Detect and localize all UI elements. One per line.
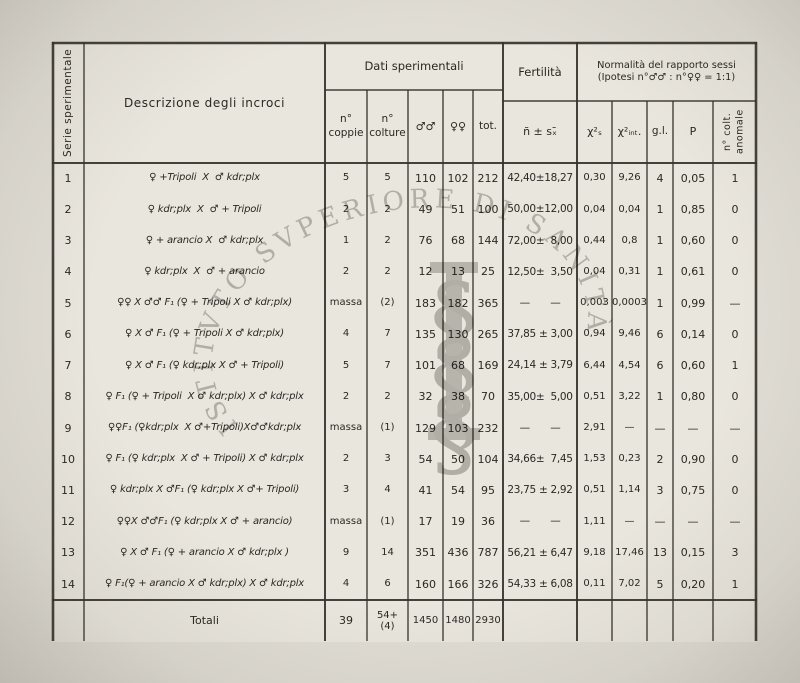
table-grid-lines	[0, 0, 800, 683]
photo-of-table: Serie sperimentale Descrizione degli inc…	[0, 0, 800, 683]
